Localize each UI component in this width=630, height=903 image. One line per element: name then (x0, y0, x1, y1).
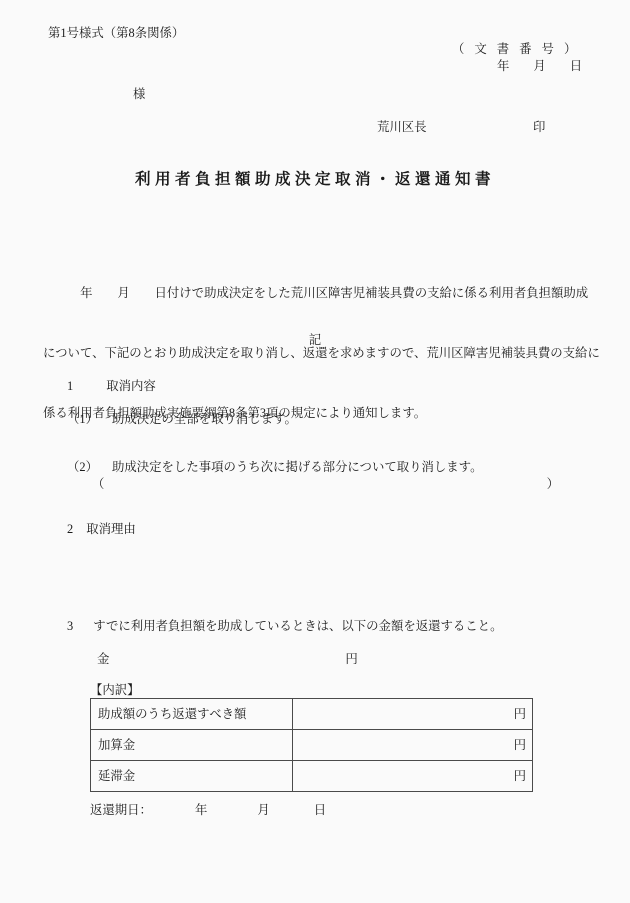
section-1-heading: 取消内容 (106, 379, 156, 393)
section-3: 3すでに利用者負担額を助成しているときは、以下の金額を返還すること。 (67, 618, 502, 635)
return-due-label: 返還期日： (90, 803, 152, 817)
issuer-title: 荒川区長 (377, 119, 427, 136)
seal-mark: 印 (533, 119, 545, 136)
table-row: 延滞金 円 (91, 761, 532, 791)
row-label: 加算金 (91, 730, 293, 760)
row-label: 延滞金 (91, 761, 293, 791)
breakdown-label: 【内訳】 (90, 682, 140, 699)
section-2-heading: 取消理由 (86, 522, 136, 536)
return-due-field: 返還期日：年月日 (90, 802, 326, 819)
section-1: 1取消内容 (67, 378, 156, 395)
table-row: 助成額のうち返還すべき額 円 (91, 699, 532, 730)
form-number: 第1号様式（第8条関係） (48, 25, 184, 42)
body-paragraph: 年 月 日付けで助成決定をした荒川区障害児補装具費の支給に係る利用者負担額助成 … (43, 243, 600, 463)
row-label: 助成額のうち返還すべき額 (91, 699, 293, 729)
return-due-month-label: 月 (257, 803, 269, 817)
clause-2-text: 助成決定をした事項のうち次に掲げる部分について取り消します。 (112, 460, 482, 474)
clause-1: （1）助成決定の全部を取り消します。 (67, 411, 297, 428)
clause-2-blank-field: （ ） (92, 476, 559, 493)
section-2-number: 2 (67, 521, 73, 538)
document-page: 第1号様式（第8条関係） （文書番号） 年月日 様 荒川区長 印 利用者負担額助… (0, 0, 630, 903)
record-heading: 記 (0, 332, 630, 349)
addressee-suffix: 様 (133, 86, 145, 103)
row-unit: 円 (293, 730, 532, 760)
section-3-number: 3 (67, 618, 73, 635)
return-due-day-label: 日 (314, 803, 326, 817)
amount-unit: 円 (345, 652, 357, 666)
document-number-placeholder: （文書番号） (452, 41, 586, 58)
issue-date-day-label: 日 (570, 59, 582, 73)
table-row: 加算金 円 (91, 730, 532, 761)
issue-date-year-label: 年 (497, 59, 509, 73)
clause-1-number: （1） (67, 411, 98, 428)
issue-date-month-label: 月 (533, 59, 545, 73)
clause-2-blank-close-paren: ） (547, 476, 559, 493)
section-1-number: 1 (67, 378, 73, 395)
return-due-year-label: 年 (195, 803, 207, 817)
clause-1-text: 助成決定の全部を取り消します。 (112, 412, 297, 426)
body-paragraph-line-1: 年 月 日付けで助成決定をした荒川区障害児補装具費の支給に係る利用者負担額助成 (43, 283, 600, 303)
issue-date-placeholder: 年月日 (497, 58, 582, 75)
document-title: 利用者負担額助成決定取消・返還通知書 (0, 169, 630, 191)
amount-field: 金円 (0, 651, 358, 668)
row-unit: 円 (293, 699, 532, 729)
row-unit: 円 (293, 761, 532, 791)
breakdown-table: 助成額のうち返還すべき額 円 加算金 円 延滞金 円 (90, 698, 533, 792)
clause-2: （2）助成決定をした事項のうち次に掲げる部分について取り消します。 (67, 459, 482, 476)
section-3-text: すでに利用者負担額を助成しているときは、以下の金額を返還すること。 (93, 619, 502, 633)
amount-prefix: 金 (97, 652, 109, 666)
clause-2-number: （2） (67, 459, 98, 476)
section-2: 2取消理由 (67, 521, 136, 538)
clause-2-blank-open-paren: （ (92, 476, 104, 493)
